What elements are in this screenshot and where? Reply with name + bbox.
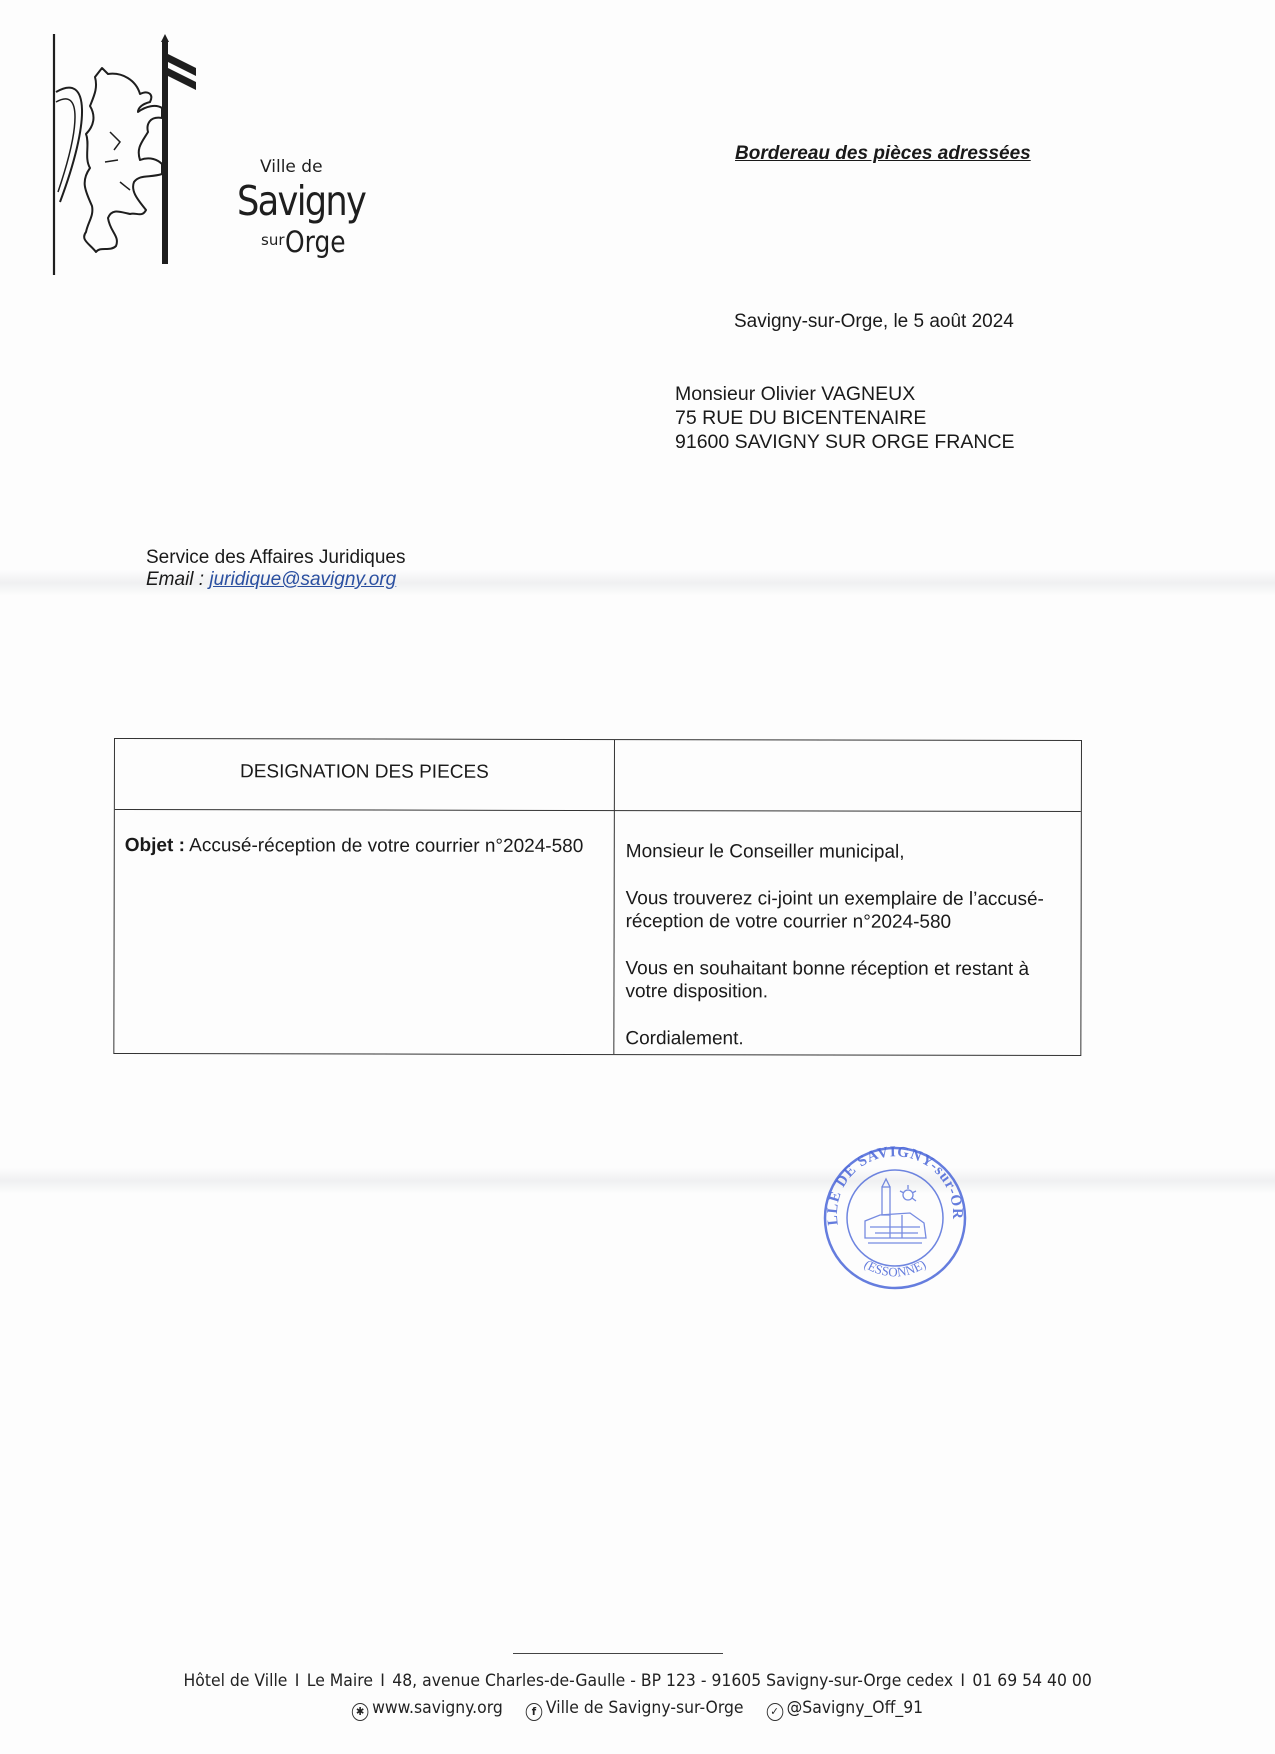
table-cell-letter: Monsieur le Conseiller municipal, Vous t… [625,840,1075,1051]
city-logo: Ville de Savigny sur Orge [50,32,330,282]
footer-mayor: Le Maire [307,1671,373,1691]
logo-savigny: Savigny [237,177,365,225]
document-title: Bordereau des pièces adressées [735,143,1031,165]
table-cell-object: Objet : Accusé-réception de votre courri… [125,835,605,858]
sender-service: Service des Affaires Juridiques [146,547,405,569]
table-row-divider [115,809,1081,812]
facebook-icon: f [526,1703,543,1721]
footer-links-line: ✱www.savigny.org fVille de Savigny-sur-O… [0,1698,1275,1721]
paper-fold-shadow [0,1168,1275,1194]
footer-facebook-link[interactable]: Ville de Savigny-sur-Orge [546,1698,744,1718]
documents-table: DESIGNATION DES PIECES Objet : Accusé-ré… [113,738,1082,1056]
object-label: Objet : [125,835,185,856]
footer-rule [513,1653,723,1654]
letter-paragraph-1: Vous trouverez ci-joint un exemplaire de… [626,887,1076,934]
footer-address-line: Hôtel de VilleILe MaireI48, avenue Charl… [0,1671,1275,1691]
recipient-name: Monsieur Olivier VAGNEUX [675,382,1015,406]
footer-website-link[interactable]: www.savigny.org [372,1698,503,1718]
footer-town-hall: Hôtel de Ville [183,1671,287,1691]
email-link[interactable]: juridique@savigny.org [209,569,396,590]
letter-salutation: Monsieur le Conseiller municipal, [626,840,1076,864]
official-stamp: VILLE DE SAVIGNY-sur-ORGE (ESSONNE) [820,1143,970,1293]
footer-phone: 01 69 54 40 00 [972,1671,1091,1691]
recipient-address: Monsieur Olivier VAGNEUX 75 RUE DU BICEN… [675,382,1015,454]
city-seal-icon: VILLE DE SAVIGNY-sur-ORGE (ESSONNE) [820,1143,970,1293]
recipient-street: 75 RUE DU BICENTENAIRE [675,406,1015,430]
sender-block: Service des Affaires Juridiques Email : … [146,547,405,591]
letter-paragraph-2: Vous en souhaitant bonne réception et re… [625,957,1075,1004]
object-text: Accusé-réception de votre courrier n°202… [185,835,583,857]
email-label: Email : [146,569,209,590]
footer-twitter-link[interactable]: @Savigny_Off_91 [787,1698,923,1718]
svg-text:(ESSONNE): (ESSONNE) [862,1256,929,1279]
twitter-icon: ✓ [766,1703,783,1721]
footer-postal-address: 48, avenue Charles-de-Gaulle - BP 123 - … [392,1671,953,1691]
globe-icon: ✱ [352,1703,369,1721]
logo-ville-de: Ville de [260,157,323,177]
letter-closing: Cordialement. [625,1027,1075,1051]
logo-orge: Orge [285,225,346,259]
table-column-divider [613,740,615,1054]
stamp-bottom-text: (ESSONNE) [862,1256,929,1279]
date-line: Savigny-sur-Orge, le 5 août 2024 [734,311,1014,333]
table-header-designation: DESIGNATION DES PIECES [115,761,614,784]
logo-sur: sur [261,231,285,249]
recipient-city: 91600 SAVIGNY SUR ORGE FRANCE [675,430,1015,454]
